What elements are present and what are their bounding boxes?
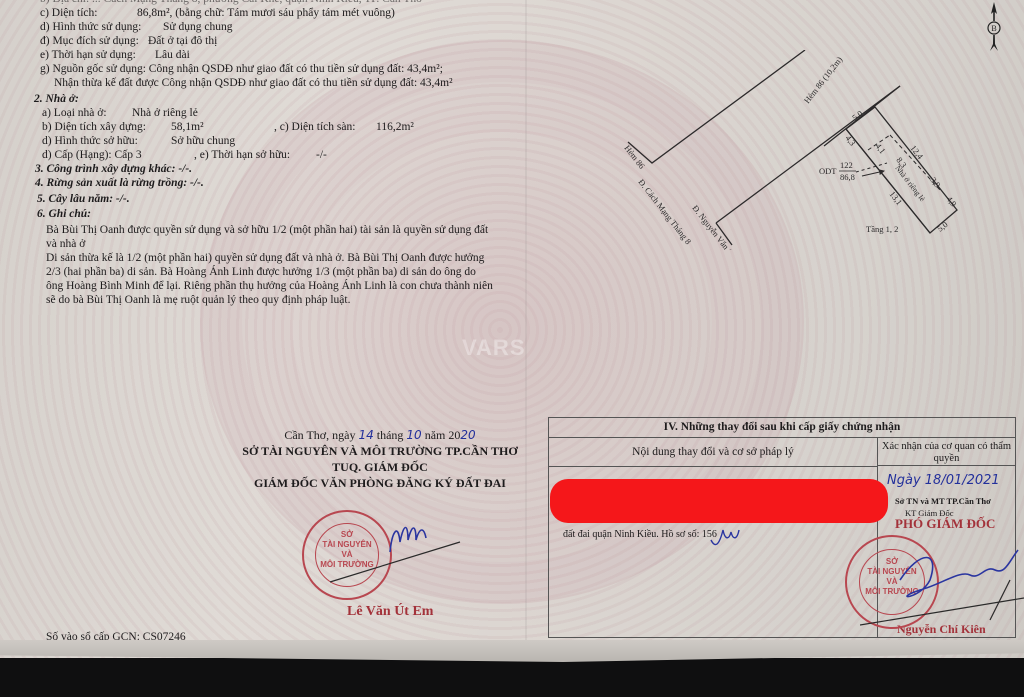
- parcel-number: 122: [840, 160, 853, 170]
- usage-term-value: Lâu dài: [155, 48, 190, 62]
- land-area-value: 86,8m², (bằng chữ: Tám mươi sáu phẩy tám…: [137, 6, 395, 20]
- street-nvc-label: Đ. Nguyễn Văn Cừ: [690, 203, 739, 250]
- signature-right: [860, 530, 1024, 640]
- parcel-type: ODT: [819, 166, 837, 176]
- usage-origin-line2: Nhận thừa kế đất được Công nhận QSDĐ như…: [54, 76, 453, 90]
- notes-paragraph-1: Bà Bùi Thị Oanh được quyền sử dụng và sở…: [46, 223, 496, 251]
- dim-13-1: 13,1: [887, 189, 904, 207]
- change-entry-tail: đất đai quận Ninh Kiều. Hồ sơ số: 156: [563, 528, 717, 542]
- north-label: B: [991, 24, 996, 33]
- north-arrow-icon: B: [986, 2, 1002, 52]
- ownership-term-value: -/-: [316, 148, 327, 162]
- page-bottom-edge: [0, 640, 1024, 662]
- dim-4-1: 4,1: [873, 141, 887, 156]
- certificate-page: VARS b) Địa chỉ: ... Cách Mạng Tháng 8, …: [0, 0, 1024, 658]
- build-area-label: b) Diện tích xây dựng:: [42, 120, 146, 134]
- house-type-label: a) Loại nhà ở:: [42, 106, 107, 120]
- usage-form-value: Sử dụng chung: [163, 20, 232, 34]
- signer-title: GIÁM ĐỐC VĂN PHÒNG ĐĂNG KÝ ĐẤT ĐAI: [222, 476, 538, 490]
- tuq-label: TUQ. GIÁM ĐỐC: [222, 460, 538, 474]
- usage-origin-line1: g) Nguồn gốc sử dụng: Công nhận QSDĐ như…: [40, 62, 443, 76]
- floor-area-value: 116,2m²: [376, 120, 414, 134]
- signer-name: Lê Văn Út Em: [347, 605, 433, 619]
- month-handwritten: 10: [406, 428, 421, 442]
- planted-forest: 4. Rừng sản xuất là rừng trồng: -/-.: [35, 176, 204, 190]
- usage-form-label: d) Hình thức sử dụng:: [40, 20, 141, 34]
- dim-4-3: 4,3: [843, 133, 857, 148]
- usage-term-label: e) Thời hạn sử dụng:: [40, 48, 136, 62]
- usage-purpose-value: Đất ở tại đô thị: [148, 34, 217, 48]
- issuing-org: SỞ TÀI NGUYÊN VÀ MÔI TRƯỜNG TP.CẦN THƠ: [222, 444, 538, 458]
- house-type-value: Nhà ở riêng lẻ: [132, 106, 198, 120]
- notes-body: Bà Bùi Thị Oanh được quyền sử dụng và sở…: [46, 223, 496, 308]
- change-entry-initials: [709, 522, 769, 552]
- ownership-term-label: , e) Thời hạn sở hữu:: [194, 148, 290, 162]
- changes-title: IV. Những thay đổi sau khi cấp giấy chứn…: [549, 418, 1015, 438]
- notes-paragraph-2: Di sản thừa kế là 1/2 (một phần hai) quy…: [46, 251, 496, 307]
- changes-column-confirmation: Xác nhận của cơ quan có thẩm quyền: [878, 438, 1015, 466]
- redaction-mark: [550, 479, 888, 523]
- floors-label: Tầng 1, 2: [866, 224, 898, 234]
- other-construction: 3. Công trình xây dựng khác: -/-.: [35, 162, 192, 176]
- confirmation-date: Ngày 18/01/2021: [887, 474, 1000, 488]
- perennial-trees: 5. Cây lâu năm: -/-.: [37, 192, 130, 206]
- dim-5-0-bottom: 5,0: [935, 219, 950, 233]
- watermark: VARS: [462, 335, 526, 361]
- changes-column-content: Nội dung thay đổi và cơ sở pháp lý: [549, 438, 878, 467]
- signature-left: [320, 512, 470, 592]
- day-handwritten: 14: [358, 428, 373, 442]
- year-handwritten: 20: [460, 428, 475, 442]
- house-heading: 2. Nhà ở:: [34, 92, 79, 106]
- street-cmt8-label: Đ. Cách Mạng Tháng 8: [636, 177, 693, 246]
- floor-area-label: , c) Diện tích sàn:: [274, 120, 355, 134]
- ownership-value: Sở hữu chung: [171, 134, 235, 148]
- house-grade: d) Cấp (Hạng): Cấp 3: [42, 148, 142, 162]
- alley-top-label: Hẻm 86 (10,2m): [802, 54, 845, 105]
- ownership-label: d) Hình thức sở hữu:: [42, 134, 138, 148]
- alley-left-label: Hẻm 86: [622, 143, 647, 171]
- notes-heading: 6. Ghi chú:: [37, 207, 91, 221]
- build-area-value: 58,1m²: [171, 120, 204, 134]
- parcel-area: 86,8: [840, 172, 855, 182]
- place-date: Cần Thơ, ngày 14 tháng 10 năm 2020: [222, 428, 538, 442]
- usage-purpose-label: đ) Mục đích sử dụng:: [40, 34, 139, 48]
- land-area-label: c) Diện tích:: [40, 6, 97, 20]
- parcel-diagram: Hẻm 86 (10,2m) Hẻm 86 Đ. Cách Mạng Tháng…: [600, 50, 980, 250]
- dim-5-0-top: 5,0: [850, 108, 865, 122]
- page-fold: [525, 0, 527, 660]
